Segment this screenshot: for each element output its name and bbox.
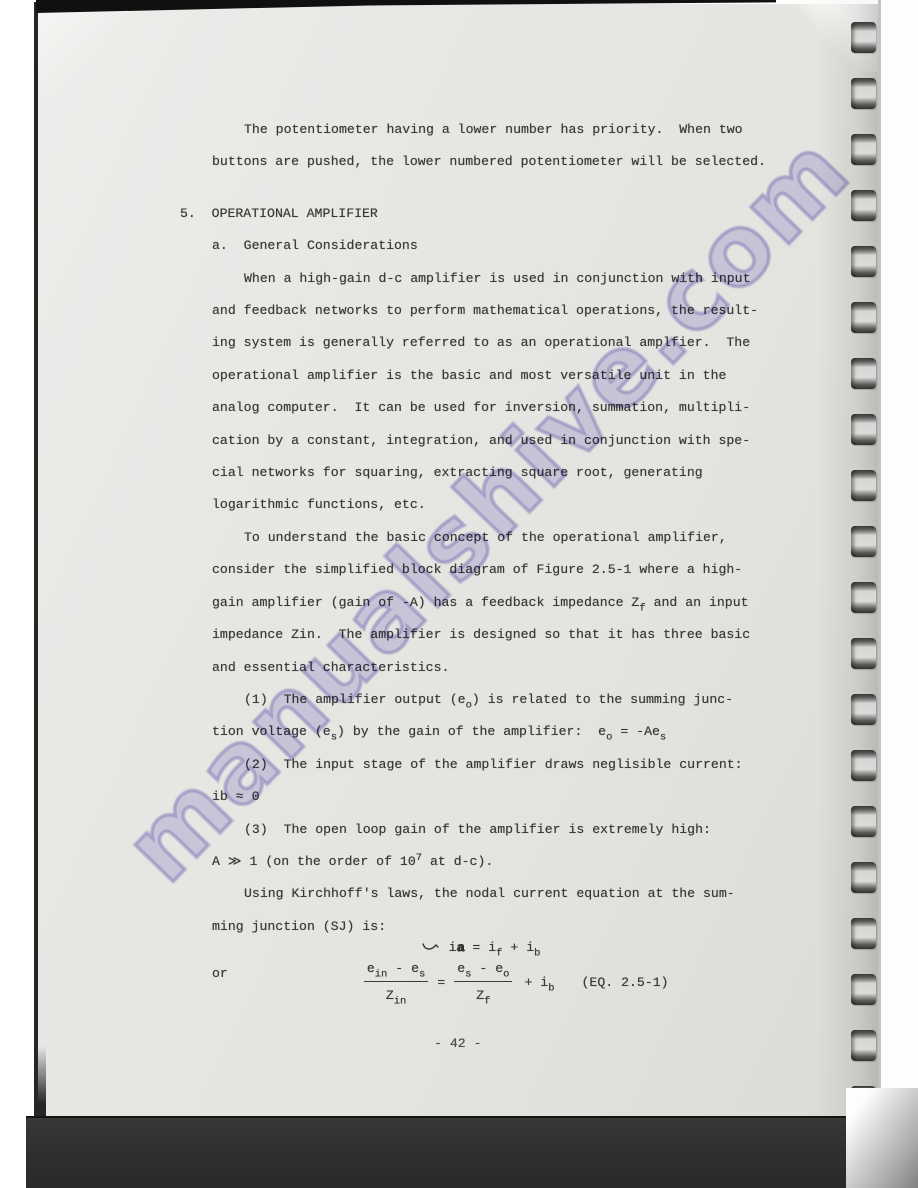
text-line: cial networks for squaring, extracting s… — [212, 457, 766, 489]
text-line: analog computer. It can be used for inve… — [212, 392, 766, 424]
text-line: impedance Zin. The amplifier is designed… — [212, 619, 766, 651]
equals-sign: = — [437, 975, 445, 990]
paper-right-shading — [818, 4, 880, 1118]
scan-margin — [881, 0, 918, 1188]
text-line: logarithmic functions, etc. — [212, 489, 766, 521]
text-line: ing system is generally referred to as a… — [212, 327, 766, 359]
text-line: a. General Considerations — [212, 230, 766, 262]
text-line: consider the simplified block diagram of… — [212, 554, 766, 586]
text-line: gain amplifier (gain of -A) has a feedba… — [212, 587, 766, 619]
equation-label: (EQ. 2.5-1) — [582, 975, 669, 990]
text-line: To understand the basic concept of the o… — [212, 522, 766, 554]
fraction-feedback-numerator: es - eo — [454, 960, 512, 981]
paper-corner-fold — [38, 4, 133, 94]
scanner-dark-band — [26, 1116, 846, 1188]
fraction-input-denominator: Zin — [364, 981, 429, 1004]
text-line: and feedback networks to perform mathema… — [212, 295, 766, 327]
fraction-feedback-denominator: Zf — [454, 981, 512, 1004]
text-line: tion voltage (es) by the gain of the amp… — [212, 716, 766, 748]
text-line: Using Kirchhoff's laws, the nodal curren… — [212, 878, 766, 910]
scan-shadow-smudge — [35, 1046, 46, 1118]
text-line: cation by a constant, integration, and u… — [212, 425, 766, 457]
text-line: operational amplifier is the basic and m… — [212, 360, 766, 392]
paper-left-edge — [34, 2, 38, 1118]
text-line: (1) The amplifier output (eo) is related… — [212, 684, 766, 716]
fraction-input-numerator: ein - es — [364, 960, 429, 981]
scan-corner-wedge — [846, 1088, 918, 1188]
scanned-page: The potentiometer having a lower number … — [0, 0, 918, 1188]
text-line: buttons are pushed, the lower numbered p… — [212, 146, 766, 178]
or-label: or — [212, 966, 228, 981]
text-line: The potentiometer having a lower number … — [212, 114, 766, 146]
page-number: - 42 - — [434, 1036, 481, 1051]
fraction-feedback: es - eo Zf — [454, 960, 512, 1004]
text-line: (3) The open loop gain of the amplifier … — [212, 814, 766, 846]
text-line: When a high-gain d-c amplifier is used i… — [212, 263, 766, 295]
text-line: (2) The input stage of the amplifier dra… — [212, 749, 766, 781]
text-line: and essential characteristics. — [212, 652, 766, 684]
text-flow: The potentiometer having a lower number … — [212, 114, 766, 943]
equation-sj-text: ia = if + ib — [449, 940, 541, 955]
equation-tail: + ib — [524, 975, 554, 990]
smudge-mark — [422, 942, 440, 951]
text-line: A ≫ 1 (on the order of 107 at d-c). — [212, 846, 766, 878]
fraction-input: ein - es Zin — [364, 960, 429, 1004]
text-line: ib ≈ 0 — [212, 781, 766, 813]
equation-2-5-1: or ein - es Zin = es - eo Zf + ib (EQ. 2… — [212, 960, 669, 1004]
text-line: 5. OPERATIONAL AMPLIFIER — [180, 198, 766, 230]
